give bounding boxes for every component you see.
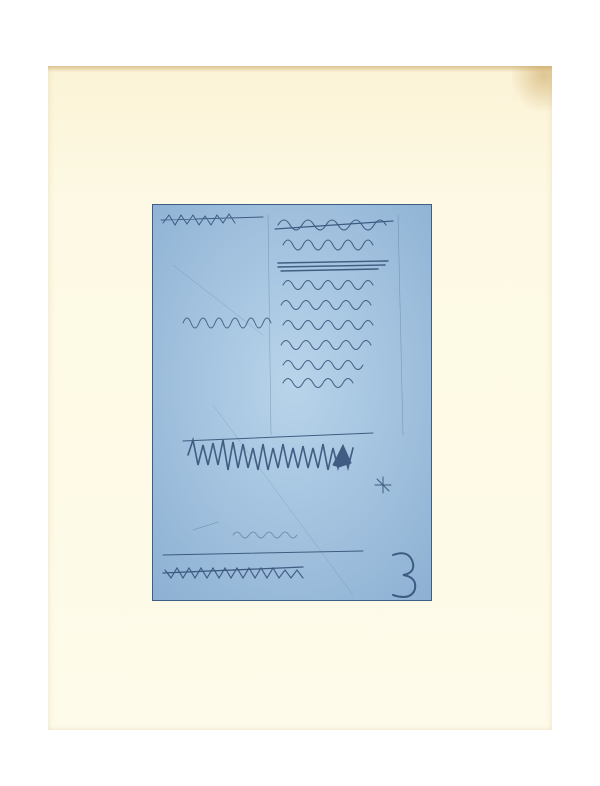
paper-top-edge <box>48 66 552 72</box>
paper-stain <box>512 66 552 111</box>
etching-scribbles <box>153 205 432 601</box>
etching-plate <box>152 204 432 601</box>
